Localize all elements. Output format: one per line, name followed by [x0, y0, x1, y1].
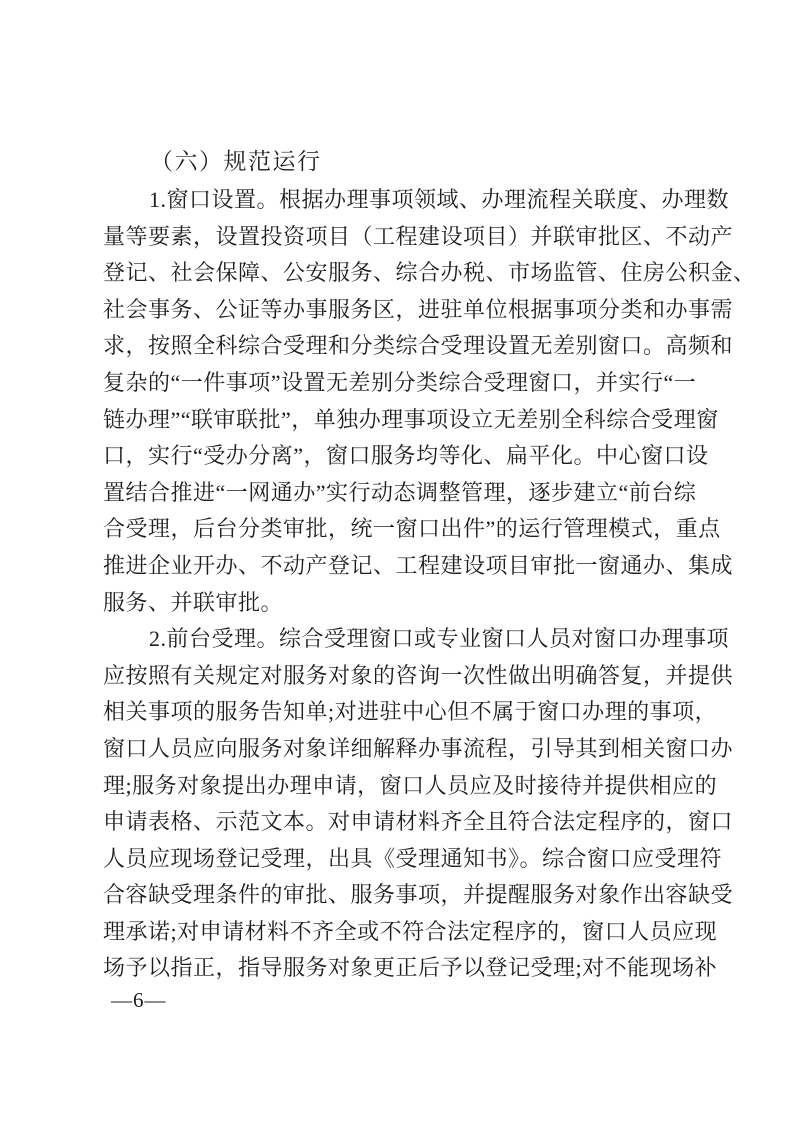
body-line: 1.窗口设置。根据办理事项领域、办理流程关联度、办理数	[103, 182, 763, 219]
body-line: 社会事务、公证等办事服务区，进驻单位根据事项分类和办事需	[103, 292, 763, 329]
paragraph-1: 1.窗口设置。根据办理事项领域、办理流程关联度、办理数 量等要素，设置投资项目（…	[103, 182, 763, 621]
body-line: 链办理”“联审联批”，单独办理事项设立无差别全科综合受理窗	[103, 402, 763, 439]
document-page: （六）规范运行 1.窗口设置。根据办理事项领域、办理流程关联度、办理数 量等要素…	[0, 0, 793, 1122]
body-line: 人员应现场登记受理，出具《受理通知书》。综合窗口应受理符	[103, 841, 763, 878]
page-number: —6—	[111, 988, 167, 1013]
paragraph-2: 2.前台受理。综合受理窗口或专业窗口人员对窗口办理事项 应按照有关规定对服务对象…	[103, 621, 763, 987]
section-heading: （六）规范运行	[103, 142, 763, 182]
body-line: 窗口人员应向服务对象详细解释办事流程，引导其到相关窗口办	[103, 731, 763, 768]
text-block: （六）规范运行 1.窗口设置。根据办理事项领域、办理流程关联度、办理数 量等要素…	[103, 142, 763, 987]
body-line: 相关事项的服务告知单;对进驻中心但不属于窗口办理的事项，	[103, 694, 763, 731]
body-line: 合受理，后台分类审批，统一窗口出件”的运行管理模式，重点	[103, 511, 763, 548]
body-line: 理;服务对象提出办理申请，窗口人员应及时接待并提供相应的	[103, 768, 763, 805]
body-line: 理承诺;对申请材料不齐全或不符合法定程序的，窗口人员应现	[103, 914, 763, 951]
body-line: 求，按照全科综合受理和分类综合受理设置无差别窗口。高频和	[103, 328, 763, 365]
body-line: 2.前台受理。综合受理窗口或专业窗口人员对窗口办理事项	[103, 621, 763, 658]
body-line: 推进企业开办、不动产登记、工程建设项目审批一窗通办、集成	[103, 548, 763, 585]
body-line: 登记、社会保障、公安服务、综合办税、市场监管、住房公积金、	[103, 255, 763, 292]
body-line: 复杂的“一件事项”设置无差别分类综合受理窗口，并实行“一	[103, 365, 763, 402]
body-line: 口，实行“受办分离”，窗口服务均等化、扁平化。中心窗口设	[103, 438, 763, 475]
body-line: 申请表格、示范文本。对申请材料齐全且符合法定程序的，窗口	[103, 804, 763, 841]
body-line: 服务、并联审批。	[103, 585, 763, 622]
body-line: 置结合推进“一网通办”实行动态调整管理，逐步建立“前台综	[103, 475, 763, 512]
body-line: 场予以指正，指导服务对象更正后予以登记受理;对不能现场补	[103, 950, 763, 987]
body-line: 应按照有关规定对服务对象的咨询一次性做出明确答复，并提供	[103, 658, 763, 695]
body-line: 量等要素，设置投资项目（工程建设项目）并联审批区、不动产	[103, 219, 763, 256]
body-line: 合容缺受理条件的审批、服务事项，并提醒服务对象作出容缺受	[103, 877, 763, 914]
